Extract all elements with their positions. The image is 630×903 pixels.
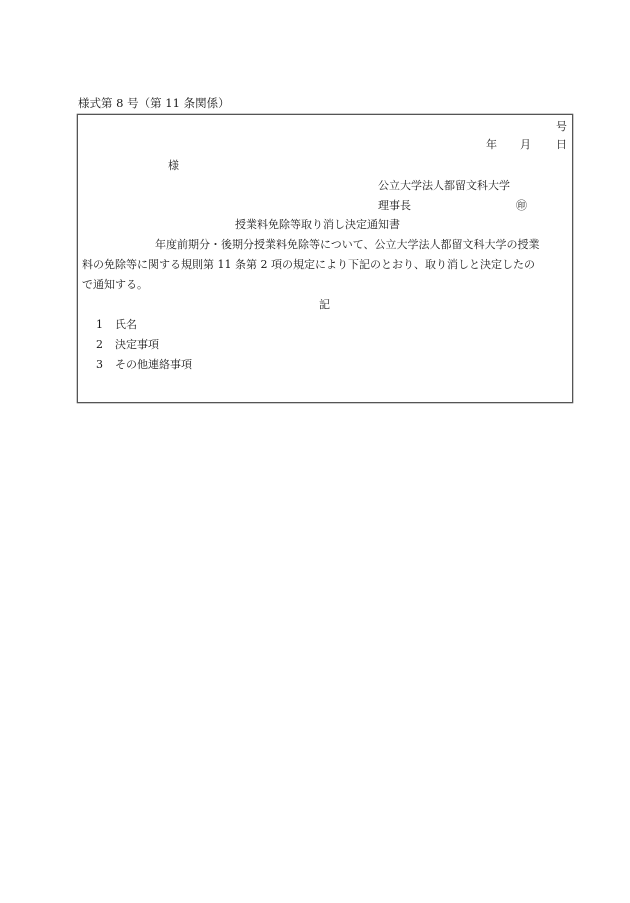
seal-mark: ㊞ — [516, 199, 527, 213]
item-1-label: 氏名 — [115, 318, 137, 332]
date-day-label: 日 — [556, 138, 567, 152]
item-3-number: 3 — [96, 358, 103, 372]
ki-heading: 記 — [319, 298, 330, 312]
item-2-number: 2 — [96, 338, 103, 352]
date-year-label: 年 — [486, 138, 497, 152]
body-line-2: 料の免除等に関する規則第 11 条第 2 項の規定により下記のとおり、取り消しと… — [82, 258, 535, 272]
issuer-organization: 公立大学法人都留文科大学 — [378, 179, 510, 193]
issuer-title: 理事長 — [378, 199, 411, 213]
form-number-label: 様式第 8 号（第 11 条関係） — [78, 96, 230, 110]
item-2-label: 決定事項 — [115, 338, 159, 352]
body-line-3: で通知する。 — [82, 278, 148, 292]
document-title: 授業料免除等取り消し決定通知書 — [235, 218, 400, 232]
body-line-1: 年度前期分・後期分授業料免除等について、公立大学法人都留文科大学の授業 — [155, 238, 540, 252]
item-3-label: その他連絡事項 — [115, 358, 192, 372]
item-1-number: 1 — [96, 318, 103, 332]
date-month-label: 月 — [520, 138, 531, 152]
document-number-label: 号 — [556, 120, 567, 134]
addressee-suffix: 様 — [168, 159, 179, 173]
